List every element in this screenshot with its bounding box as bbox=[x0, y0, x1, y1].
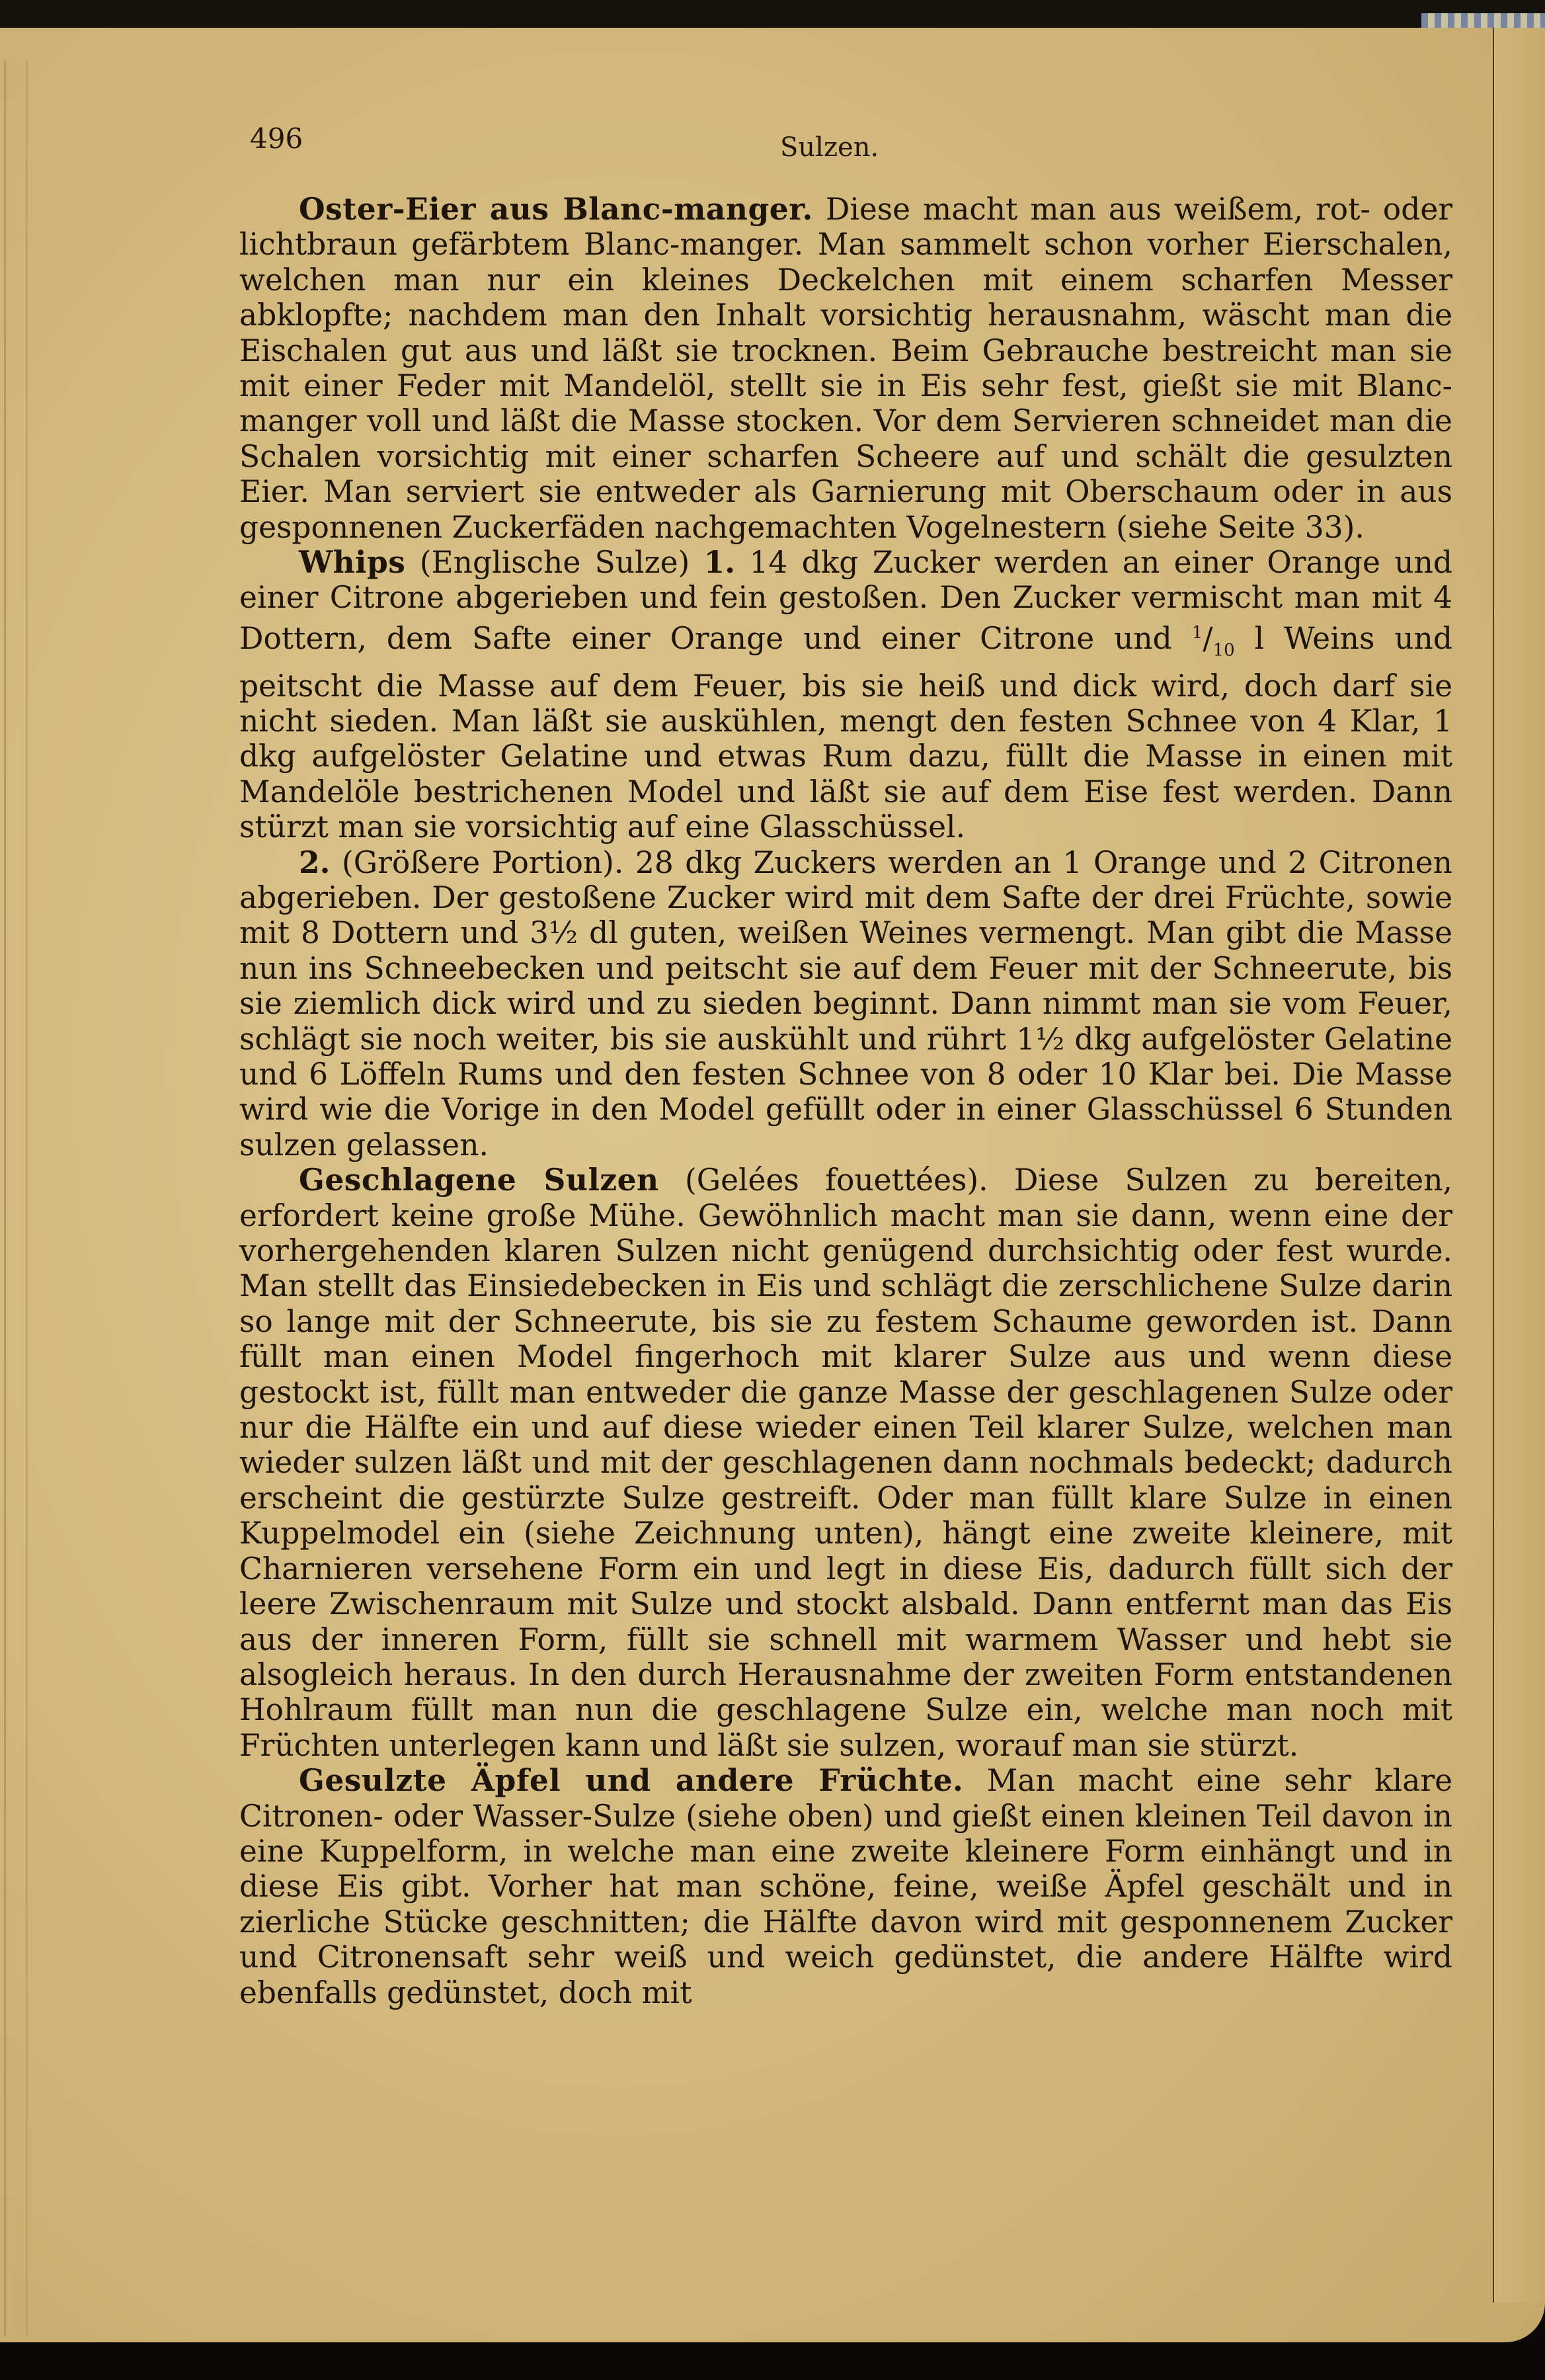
recipe-gesulzte-aepfel: Gesulzte Äpfel und andere Früchte. Man m… bbox=[239, 1763, 1452, 2010]
recipe-title: Geschlagene Sulzen bbox=[299, 1162, 659, 1198]
recipe-text: Diese macht man aus weißem, rot- oder li… bbox=[239, 192, 1452, 545]
scan-top-border bbox=[0, 0, 1545, 28]
recipe-title: Gesulzte Äpfel und andere Früchte. bbox=[299, 1762, 963, 1798]
recipe-title: Oster-Eier aus Blanc-manger. bbox=[299, 191, 813, 227]
variant-number: 1. bbox=[704, 544, 736, 580]
recipe-oster-eier: Oster-Eier aus Blanc-manger. Diese macht… bbox=[239, 192, 1452, 545]
recipe-whips-1: Whips (Englische Sulze) 1. 14 dkg Zucker… bbox=[239, 545, 1452, 845]
page-body: Oster-Eier aus Blanc-manger. Diese macht… bbox=[239, 192, 1452, 2010]
book-gutter bbox=[1493, 28, 1545, 2303]
book-headband bbox=[1421, 13, 1545, 28]
fraction-numerator: 1 bbox=[1192, 623, 1203, 643]
running-head: Sulzen. bbox=[780, 132, 879, 163]
recipe-text: (Gelées fouettées). Diese Sulzen zu bere… bbox=[239, 1163, 1452, 1763]
variant-number: 2. bbox=[299, 844, 331, 880]
recipe-whips-2: 2. (Größere Portion). 28 dkg Zuckers wer… bbox=[239, 845, 1452, 1163]
recipe-text: (Größere Portion). 28 dkg Zuckers werden… bbox=[239, 845, 1452, 1163]
recipe-subtitle: (Englische Sulze) bbox=[405, 545, 703, 580]
page-number: 496 bbox=[250, 122, 303, 155]
recipe-geschlagene-sulzen: Geschlagene Sulzen (Gelées fouettées). D… bbox=[239, 1163, 1452, 1763]
recipe-title: Whips bbox=[299, 544, 405, 580]
fraction-denominator: 10 bbox=[1213, 640, 1235, 660]
page-stack-edge bbox=[4, 61, 28, 2336]
recipe-text: Man macht eine sehr klare Citronen- oder… bbox=[239, 1763, 1452, 2010]
